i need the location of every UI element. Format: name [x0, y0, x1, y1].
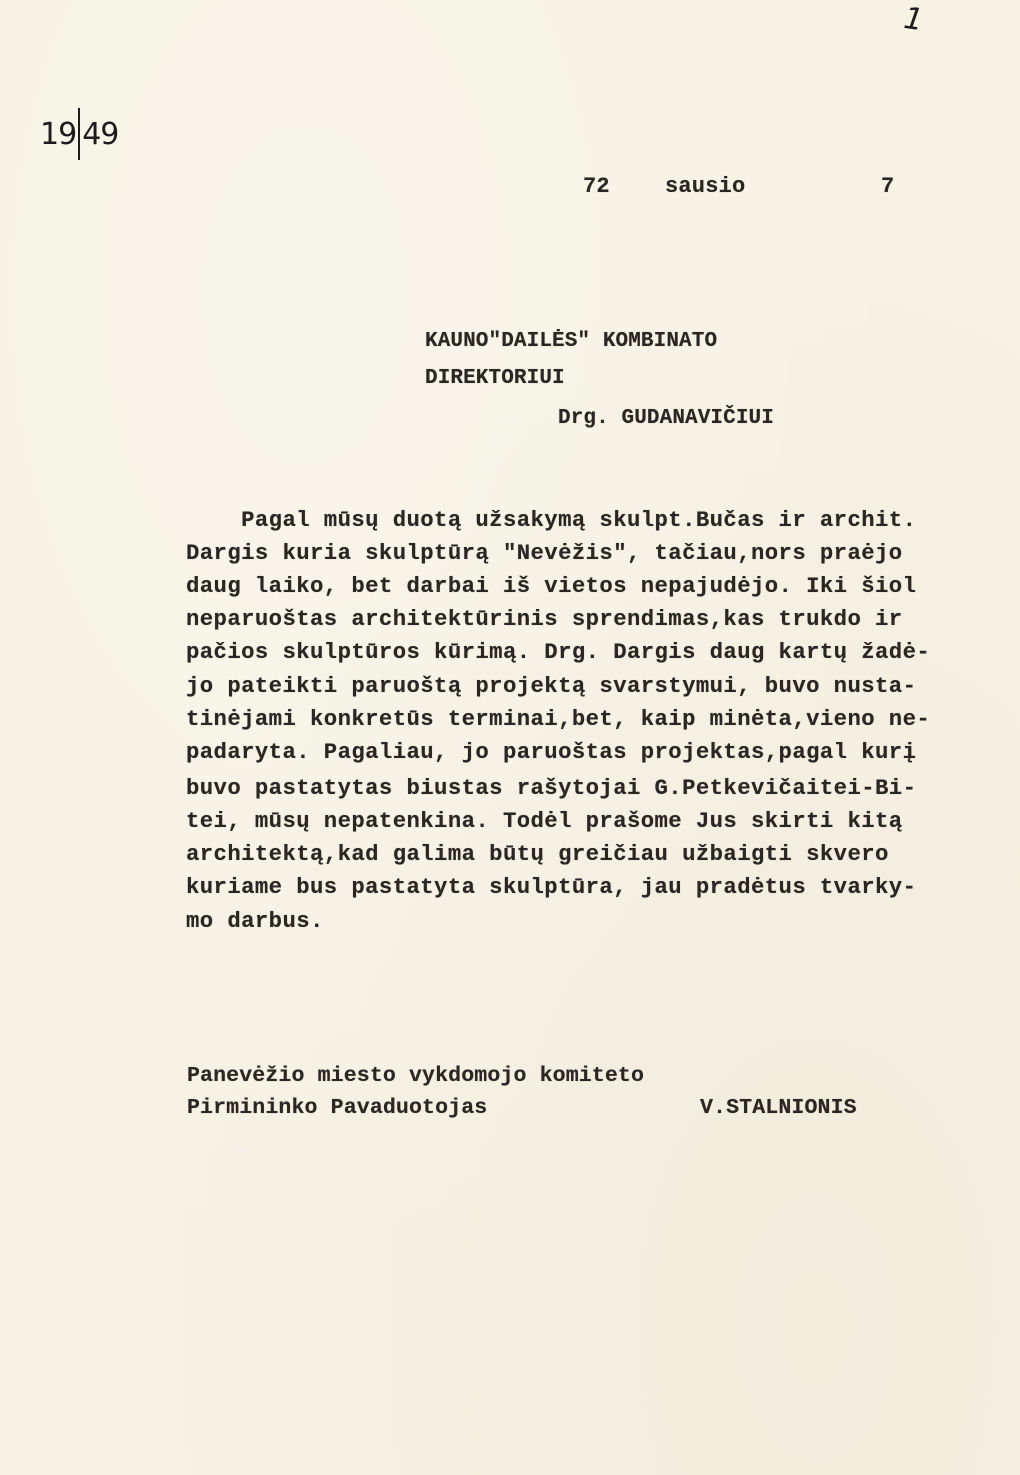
body-line: architektą,kad galima būtų greičiau užba… — [186, 841, 889, 867]
body-line: tinėjami konkretūs terminai,bet, kaip mi… — [186, 706, 930, 732]
body-line: Dargis kuria skulptūrą "Nevėžis", tačiau… — [186, 540, 903, 566]
body-line: tei, mūsų nepatenkina. Todėl prašome Jus… — [186, 808, 903, 834]
signature-name: V.STALNIONIS — [700, 1095, 857, 1121]
archive-reference-divider — [78, 108, 80, 160]
addressee-name: Drg. GUDANAVIČIUI — [558, 406, 774, 432]
body-line: kuriame bus pastatyta skulptūra, jau pra… — [186, 874, 916, 900]
body-line: mo darbus. — [186, 908, 324, 934]
body-line: buvo pastatytas biustas rašytojai G.Petk… — [186, 775, 916, 801]
date-month: sausio — [665, 174, 745, 200]
addressee-title: DIREKTORIUI — [425, 366, 565, 392]
date-year: 72 — [583, 174, 610, 200]
body-line: pačios skulptūros kūrimą. Drg. Dargis da… — [186, 639, 930, 665]
signature-position: Pirmininko Pavaduotojas — [187, 1095, 487, 1121]
addressee-organization: KAUNO"DAILĖS" KOMBINATO — [425, 329, 717, 355]
paper-background — [0, 0, 1020, 1475]
handwritten-archive-reference: 1949 — [40, 108, 118, 160]
body-line: Pagal mūsų duotą užsakymą skulpt.Bučas i… — [186, 507, 916, 533]
date-day: 7 — [881, 174, 894, 200]
signature-organization: Panevėžio miesto vykdomojo komiteto — [187, 1063, 644, 1089]
body-line: padaryta. Pagaliau, jo paruoštas projekt… — [186, 739, 916, 765]
archive-reference-right: 49 — [82, 117, 118, 152]
archive-reference-left: 19 — [40, 117, 76, 152]
body-line: neparuoštas architektūrinis sprendimas,k… — [186, 606, 903, 632]
body-line: daug laiko, bet darbai iš vietos nepajud… — [186, 573, 916, 599]
body-line: jo pateikti paruoštą projektą svarstymui… — [186, 673, 916, 699]
